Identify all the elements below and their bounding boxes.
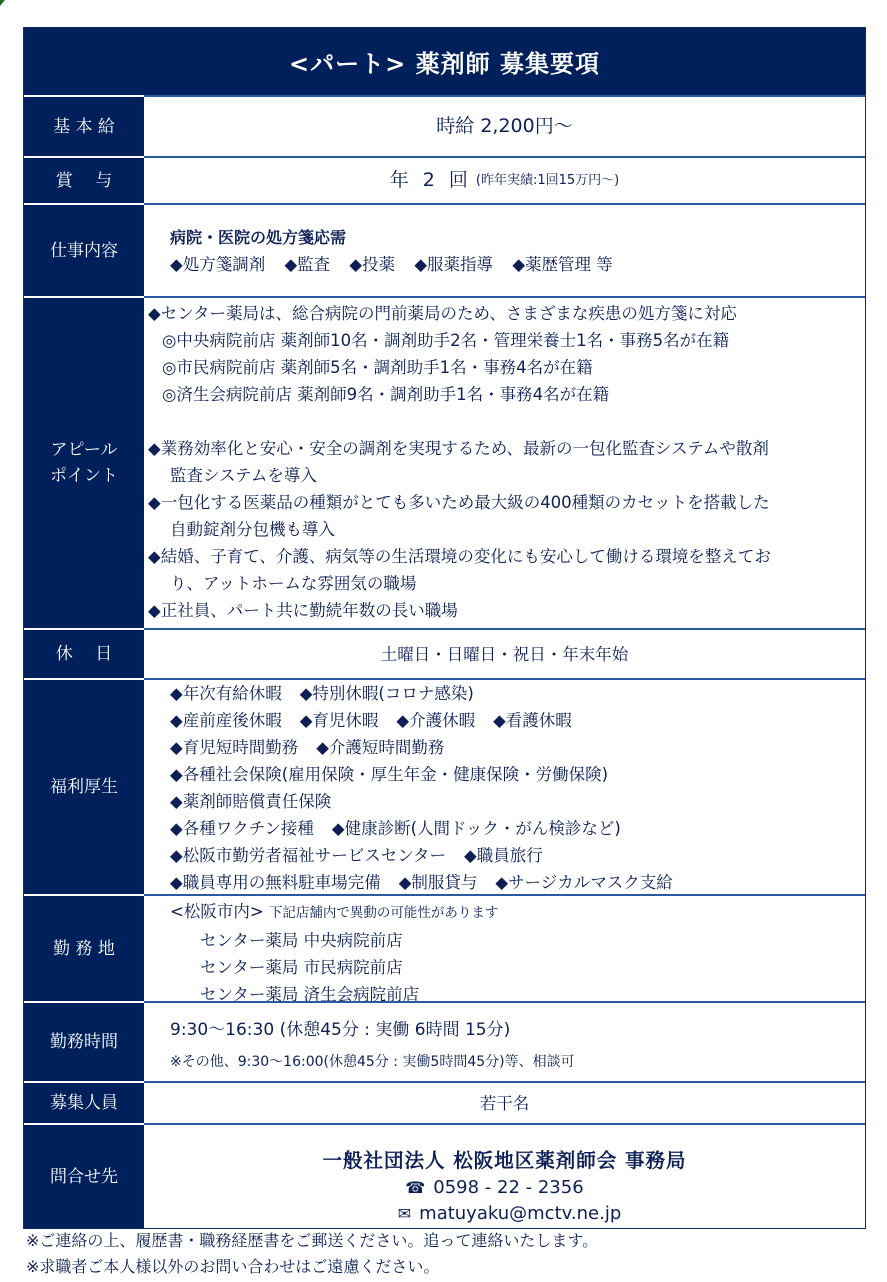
job-item: ◆処方箋調剤 xyxy=(170,255,265,274)
row-holiday: 休 日 土曜日・日曜日・祝日・年末年始 xyxy=(24,628,865,678)
bonus-note: (昨年実績:1回15万円～) xyxy=(476,167,619,194)
welfare-line: ◆各種社会保険(雇用保険・厚生年金・健康保険・労働保険) xyxy=(170,761,865,788)
row-content: 土曜日・日曜日・祝日・年末年始 xyxy=(144,628,865,678)
row-content: 一般社団法人 松阪地区薬剤師会 事務局 ☎0598 - 22 - 2356 ✉m… xyxy=(144,1123,865,1228)
welfare-item: ◆薬剤師賠償責任保険 xyxy=(170,792,331,811)
location-store: センター薬局 中央病院前店 xyxy=(170,927,865,954)
job-item: ◆服薬指導 xyxy=(414,255,493,274)
row-label: アピール ポイント xyxy=(24,296,144,628)
welfare-item: ◆年次有給休暇 xyxy=(170,684,282,703)
openings-value: 若干名 xyxy=(480,1090,530,1117)
job-item: ◆薬歴管理 等 xyxy=(512,255,612,274)
recruitment-sheet: <パート> 薬剤師 募集要項 基 本 給 時給 2,200円～ 賞 与 年 2 … xyxy=(23,27,866,1229)
welfare-item: ◆サージカルマスク支給 xyxy=(495,873,672,892)
row-openings: 募集人員 若干名 xyxy=(24,1081,865,1123)
contact-phone[interactable]: ☎0598 - 22 - 2356 xyxy=(405,1175,583,1201)
row-label: 問合せ先 xyxy=(24,1123,144,1228)
welfare-item: ◆育児休暇 xyxy=(300,711,379,730)
bonus-value: 年 2 回 xyxy=(390,167,472,194)
row-label: 募集人員 xyxy=(24,1081,144,1123)
footer-note: ※ご連絡の上、履歴書・職務経歴書をご郵送ください。追って連絡いたします。 xyxy=(26,1228,598,1254)
row-salary: 基 本 給 時給 2,200円～ xyxy=(24,95,865,156)
row-content: 若干名 xyxy=(144,1081,865,1123)
welfare-item: ◆各種ワクチン接種 xyxy=(170,819,314,838)
appeal-store: ◎中央病院前店 薬剤師10名・調剤助手2名・管理栄養士1名・事務5名が在籍 xyxy=(148,327,861,354)
appeal-intro: ◆センター薬局は、総合病院の門前薬局のため、さまざまな疾患の処方箋に対応 xyxy=(148,300,861,327)
welfare-item: ◆特別休暇(コロナ感染) xyxy=(300,684,474,703)
row-label: 基 本 給 xyxy=(24,95,144,156)
row-content: 9:30～16:30 (休憩45分 : 実働 6時間 15分) ※その他、9:3… xyxy=(144,1001,865,1081)
welfare-line: ◆各種ワクチン接種◆健康診断(人間ドック・がん検診など) xyxy=(170,815,865,842)
appeal-store: ◎市民病院前店 薬剤師5名・調剤助手1名・事務4名が在籍 xyxy=(148,354,861,381)
welfare-item: ◆職員旅行 xyxy=(464,846,543,865)
row-welfare: 福利厚生 ◆年次有給休暇◆特別休暇(コロナ感染) ◆産前産後休暇◆育児休暇◆介護… xyxy=(24,678,865,894)
row-content: <松阪市内> 下記店舗内で異動の可能性があります センター薬局 中央病院前店 セ… xyxy=(144,894,865,1001)
welfare-item: ◆職員専用の無料駐車場完備 xyxy=(170,873,381,892)
appeal-point-cont: り、アットホームな雰囲気の職場 xyxy=(148,570,861,597)
welfare-line: ◆育児短時間勤務◆介護短時間勤務 xyxy=(170,734,865,761)
appeal-point-cont: 監査システムを導入 xyxy=(148,462,861,489)
job-item: ◆投薬 xyxy=(349,255,395,274)
row-content: ◆センター薬局は、総合病院の門前薬局のため、さまざまな疾患の処方箋に対応 ◎中央… xyxy=(144,296,865,628)
row-content: ◆年次有給休暇◆特別休暇(コロナ感染) ◆産前産後休暇◆育児休暇◆介護休暇◆看護… xyxy=(144,678,865,894)
footer-notes: ※ご連絡の上、履歴書・職務経歴書をご郵送ください。追って連絡いたします。 ※求職… xyxy=(26,1228,598,1280)
welfare-item: ◆制服貸与 xyxy=(399,873,478,892)
label-line: ポイント xyxy=(50,463,118,489)
appeal-point-cont: 自動錠剤分包機も導入 xyxy=(148,516,861,543)
welfare-item: ◆健康診断(人間ドック・がん検診など) xyxy=(332,819,621,838)
welfare-item: ◆育児短時間勤務 xyxy=(170,738,298,757)
appeal-point: ◆一包化する医薬品の種類がとても多いため最大級の400種類のカセットを搭載した xyxy=(148,489,861,516)
row-content: 病院・医院の処方箋応需 ◆処方箋調剤 ◆監査 ◆投薬 ◆服薬指導 ◆薬歴管理 等 xyxy=(144,203,865,296)
location-store: センター薬局 市民病院前店 xyxy=(170,954,865,981)
mail-icon: ✉ xyxy=(398,1201,411,1227)
hours-sub: ※その他、9:30～16:00(休憩45分 : 実働5時間45分)等、相談可 xyxy=(170,1050,865,1074)
hours-main: 9:30～16:30 (休憩45分 : 実働 6時間 15分) xyxy=(170,1017,865,1044)
row-label: 仕事内容 xyxy=(24,203,144,296)
welfare-item: ◆松阪市勤労者福祉サービスセンター xyxy=(170,846,446,865)
row-label: 休 日 xyxy=(24,628,144,678)
corner-mark xyxy=(0,0,5,6)
row-label: 勤務時間 xyxy=(24,1001,144,1081)
welfare-item: ◆産前産後休暇 xyxy=(170,711,282,730)
row-hours: 勤務時間 9:30～16:30 (休憩45分 : 実働 6時間 15分) ※その… xyxy=(24,1001,865,1081)
row-content: 年 2 回 (昨年実績:1回15万円～) xyxy=(144,156,865,203)
contact-email[interactable]: ✉matuyaku@mctv.ne.jp xyxy=(398,1201,622,1227)
label-line: アピール xyxy=(50,437,118,463)
row-label: 勤 務 地 xyxy=(24,894,144,1001)
location-area: <松阪市内> xyxy=(170,902,264,921)
row-label: 福利厚生 xyxy=(24,678,144,894)
location-header: <松阪市内> 下記店舗内で異動の可能性があります xyxy=(170,898,865,927)
job-items: ◆処方箋調剤 ◆監査 ◆投薬 ◆服薬指導 ◆薬歴管理 等 xyxy=(170,251,865,278)
email-address[interactable]: matuyaku@mctv.ne.jp xyxy=(419,1203,621,1224)
row-label: 賞 与 xyxy=(24,156,144,203)
page-title: <パート> 薬剤師 募集要項 xyxy=(24,28,865,95)
row-contact: 問合せ先 一般社団法人 松阪地区薬剤師会 事務局 ☎0598 - 22 - 23… xyxy=(24,1123,865,1228)
row-bonus: 賞 与 年 2 回 (昨年実績:1回15万円～) xyxy=(24,156,865,203)
job-title: 病院・医院の処方箋応需 xyxy=(170,225,865,251)
welfare-item: ◆各種社会保険(雇用保険・厚生年金・健康保険・労働保険) xyxy=(170,765,608,784)
welfare-line: ◆薬剤師賠償責任保険 xyxy=(170,788,865,815)
row-location: 勤 務 地 <松阪市内> 下記店舗内で異動の可能性があります センター薬局 中央… xyxy=(24,894,865,1001)
holiday-value: 土曜日・日曜日・祝日・年末年始 xyxy=(381,641,629,668)
welfare-item: ◆介護短時間勤務 xyxy=(316,738,444,757)
footer-note: ※求職者ご本人様以外のお問い合わせはご遠慮ください。 xyxy=(26,1254,598,1280)
location-note: 下記店舗内で異動の可能性があります xyxy=(269,905,499,921)
phone-icon: ☎ xyxy=(405,1175,425,1201)
row-content: 時給 2,200円～ xyxy=(144,95,865,156)
appeal-point: ◆結婚、子育て、介護、病気等の生活環境の変化にも安心して働ける環境を整えてお xyxy=(148,543,861,570)
welfare-item: ◆看護休暇 xyxy=(493,711,572,730)
row-appeal: アピール ポイント ◆センター薬局は、総合病院の門前薬局のため、さまざまな疾患の… xyxy=(24,296,865,628)
appeal-point: ◆業務効率化と安心・安全の調剤を実現するため、最新の一包化監査システムや散剤 xyxy=(148,435,861,462)
salary-value: 時給 2,200円～ xyxy=(436,113,572,140)
welfare-item: ◆介護休暇 xyxy=(396,711,475,730)
appeal-store: ◎済生会病院前店 薬剤師9名・調剤助手1名・事務4名が在籍 xyxy=(148,381,861,408)
job-item: ◆監査 xyxy=(284,255,330,274)
contact-org: 一般社団法人 松阪地区薬剤師会 事務局 xyxy=(322,1147,686,1175)
welfare-line: ◆産前産後休暇◆育児休暇◆介護休暇◆看護休暇 xyxy=(170,707,865,734)
welfare-line: ◆松阪市勤労者福祉サービスセンター◆職員旅行 xyxy=(170,842,865,869)
appeal-point: ◆正社員、パート共に勤続年数の長い職場 xyxy=(148,597,861,624)
row-job: 仕事内容 病院・医院の処方箋応需 ◆処方箋調剤 ◆監査 ◆投薬 ◆服薬指導 ◆薬… xyxy=(24,203,865,296)
welfare-line: ◆職員専用の無料駐車場完備◆制服貸与◆サージカルマスク支給 xyxy=(170,869,865,896)
phone-number[interactable]: 0598 - 22 - 2356 xyxy=(433,1177,583,1198)
welfare-line: ◆年次有給休暇◆特別休暇(コロナ感染) xyxy=(170,680,865,707)
